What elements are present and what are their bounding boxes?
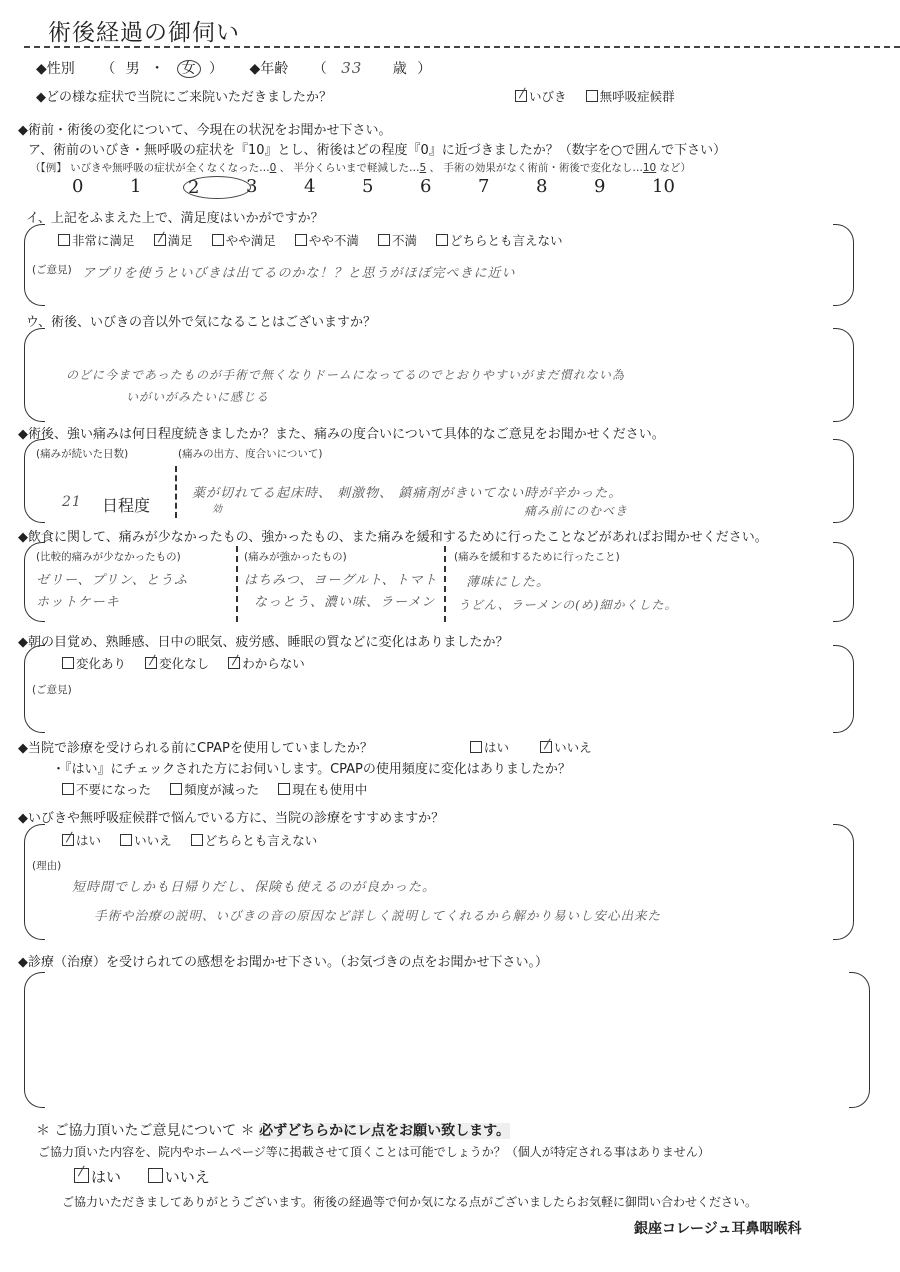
checkbox-icon[interactable] [191, 834, 203, 846]
cpap-options: はい いいえ [470, 737, 606, 756]
scale-9[interactable]: 9 [594, 176, 652, 199]
thanks-message: ご協力いただきましてありがとうございます。術後の経過等で何か気になる点がございま… [62, 1193, 757, 1210]
consent-options: はい いいえ [74, 1166, 224, 1187]
checkbox-checked-icon[interactable] [74, 1168, 89, 1183]
scale-4[interactable]: 4 [304, 176, 362, 199]
visit-reason-options: いびき 無呼吸症候群 [515, 86, 689, 105]
checkbox-icon[interactable] [212, 234, 224, 246]
pain-days-label: (痛みが続いた日数) [36, 446, 128, 461]
checkbox-icon[interactable] [170, 783, 182, 795]
option-consent-yes[interactable]: はい [74, 1166, 121, 1187]
scale-3[interactable]: 3 [246, 176, 304, 199]
checkbox-icon[interactable] [62, 783, 74, 795]
gender-option-male[interactable]: 男 [126, 61, 140, 77]
scale-5[interactable]: 5 [362, 176, 420, 199]
checkbox-checked-icon[interactable] [540, 741, 552, 753]
cpap-sub-options: 不要になった 頻度が減った 現在も使用中 [62, 779, 381, 798]
other-concerns-answer-2[interactable]: いがいがみたいに感じる [126, 388, 269, 405]
pain-days-unit: 日程度 [102, 493, 150, 516]
column-divider [175, 466, 177, 518]
checkbox-checked-icon[interactable] [145, 657, 157, 669]
pain-detail-label: (痛みの出方、度合いについて) [178, 446, 322, 461]
change-question: ◆術前・術後の変化について、今現在の状況をお聞かせ下さい。 [18, 119, 391, 138]
checkbox-icon[interactable] [295, 234, 307, 246]
scale-8[interactable]: 8 [536, 176, 594, 199]
gender-option-female[interactable]: 女 [177, 60, 201, 78]
age-value[interactable]: 33 [341, 59, 362, 77]
scale-2-selected[interactable]: 2 [183, 176, 251, 199]
sleep-options: 変化あり 変化なし わからない [62, 653, 319, 672]
pain-days-value[interactable]: 21 [62, 494, 82, 510]
option-recommend-neither[interactable]: どちらとも言えない [191, 831, 318, 849]
option-no-longer-needed[interactable]: 不要になった [62, 780, 151, 798]
scale-7[interactable]: 7 [478, 176, 536, 199]
option-snoring[interactable]: いびき [515, 87, 567, 105]
other-concerns-answer-1[interactable]: のどに今まであったものが手術で無くなりドームになってるのでとおりやすいがまだ慣れ… [66, 366, 625, 383]
food-col1-line2[interactable]: ホットケーキ [36, 591, 120, 610]
checkbox-icon[interactable] [586, 90, 598, 102]
checkbox-icon[interactable] [148, 1168, 163, 1183]
recommend-options: はい いいえ どちらとも言えない [62, 830, 331, 849]
impression-box[interactable] [24, 972, 870, 1108]
option-no-change[interactable]: 変化なし [145, 654, 209, 672]
option-cpap-yes[interactable]: はい [470, 738, 509, 756]
checkbox-checked-icon[interactable] [515, 90, 527, 102]
age-label: ◆年齢 [250, 61, 289, 77]
checkbox-checked-icon[interactable] [228, 657, 240, 669]
reason-label: (理由) [32, 858, 61, 873]
scale-0[interactable]: 0 [72, 176, 130, 199]
impression-question: ◆診療（治療）を受けられての感想をお聞かせ下さい。（お気づきの点をお聞かせ下さい… [18, 951, 548, 970]
checkbox-icon[interactable] [278, 783, 290, 795]
scale-6[interactable]: 6 [420, 176, 478, 199]
option-recommend-no[interactable]: いいえ [120, 831, 172, 849]
food-col2-label: (痛みが強かったもの) [244, 549, 347, 564]
severity-scale: 0 1 2 3 4 5 6 7 8 9 10 [72, 176, 710, 199]
satisfaction-options: 非常に満足 満足 やや満足 やや不満 不満 どちらとも言えない [58, 230, 577, 249]
checkbox-icon[interactable] [120, 834, 132, 846]
food-col3-line2[interactable]: うどん、ラーメンの(め)細かくした。 [458, 596, 678, 613]
checkbox-checked-icon[interactable] [62, 834, 74, 846]
checkbox-icon[interactable] [58, 234, 70, 246]
scale-1[interactable]: 1 [130, 176, 188, 199]
food-col1-line1[interactable]: ゼリー、プリン、とうふ [36, 569, 188, 588]
food-col2-line1[interactable]: はちみつ、ヨーグルト、トマト [244, 569, 438, 588]
option-changed[interactable]: 変化あり [62, 654, 126, 672]
gender-label: ◆性別 [36, 61, 75, 77]
food-col2-line2[interactable]: なっとう、濃い味、ラーメン [254, 591, 435, 610]
consent-heading: ＊ ご協力頂いたご意見について ＊ 必ずどちらかにレ点をお願い致します。 [36, 1120, 510, 1140]
food-col1-label: (比較的痛みが少なかったもの) [36, 549, 181, 564]
checkbox-icon[interactable] [62, 657, 74, 669]
food-col3-line1[interactable]: 薄味にした。 [466, 571, 550, 590]
sleep-opinion-label: (ご意見) [32, 682, 72, 697]
pain-detail-line1-note[interactable]: 効 [212, 500, 223, 515]
option-somewhat-satisfied[interactable]: やや満足 [212, 231, 276, 249]
cpap-sub-question: ・『はい』にチェックされた方にお伺いします。CPAPの使用頻度に変化はありました… [52, 758, 571, 777]
page-title: 術後経過の御伺い [48, 14, 240, 47]
option-somewhat-dissatisfied[interactable]: やや不満 [295, 231, 359, 249]
food-col3-label: (痛みを緩和するために行ったこと) [454, 549, 620, 564]
consent-question: ご協力頂いた内容を、院内やホームページ等に掲載させて頂くことは可能でしょうか？（… [38, 1143, 710, 1160]
scale-10[interactable]: 10 [652, 176, 710, 199]
title-divider [24, 46, 900, 48]
age-unit: 歳 [393, 61, 407, 77]
change-sub-question: ア、術前のいびき・無呼吸の症状を『10』とし、術後はどの程度『0』に近づきました… [28, 139, 726, 158]
option-apnea[interactable]: 無呼吸症候群 [586, 87, 675, 105]
pain-detail-line1[interactable]: 薬が切れてる起床時、 刺激物、 鎮痛剤がきいてない時が辛かった。 [192, 482, 622, 501]
option-very-satisfied[interactable]: 非常に満足 [58, 231, 135, 249]
option-dissatisfied[interactable]: 不満 [378, 231, 417, 249]
clinic-name: 銀座コレージュ耳鼻咽喉科 [634, 1218, 801, 1238]
option-still-using[interactable]: 現在も使用中 [278, 780, 367, 798]
scale-2[interactable]: 2 [188, 176, 246, 199]
recommend-reason-line1[interactable]: 短時間でしかも日帰りだし、保険も使えるのが良かった。 [72, 876, 436, 895]
visit-reason-question: ◆どの様な症状で当院にご来院いただきましたか？ [36, 86, 332, 105]
column-divider [444, 546, 446, 622]
option-satisfied[interactable]: 満足 [154, 231, 193, 249]
satisfaction-opinion-text[interactable]: アプリを使うといびきは出てるのかな！？と思うがほぼ完ぺきに近い [82, 262, 515, 281]
option-recommend-yes[interactable]: はい [62, 831, 101, 849]
recommend-reason-line2[interactable]: 手術や治療の説明、いびきの音の原因など詳しく説明してくれるから解かり易いし安心出… [94, 906, 661, 924]
option-neither[interactable]: どちらとも言えない [436, 231, 563, 249]
checkbox-icon[interactable] [378, 234, 390, 246]
column-divider [236, 546, 238, 622]
checkbox-checked-icon[interactable] [154, 234, 166, 246]
change-example: （【例】 いびきや無呼吸の症状が全くなくなった…0 、 半分くらいまで軽減した…… [30, 160, 691, 175]
checkbox-icon[interactable] [470, 741, 482, 753]
option-cpap-no[interactable]: いいえ [540, 738, 592, 756]
option-consent-no[interactable]: いいえ [148, 1166, 210, 1187]
consent-required-note: 必ずどちらかにレ点をお願い致します。 [259, 1123, 510, 1139]
opinion-label: (ご意見) [32, 262, 72, 277]
basic-info-row: ◆性別 （ 男 ・ 女 ） ◆年齢 （ 33 歳 ） [36, 58, 431, 78]
option-unknown[interactable]: わからない [228, 654, 305, 672]
checkbox-icon[interactable] [436, 234, 448, 246]
cpap-question: ◆当院で診療を受けられる前にCPAPを使用していましたか？ [18, 737, 373, 756]
option-less-frequent[interactable]: 頻度が減った [170, 780, 259, 798]
pain-detail-line2[interactable]: 痛み前にのむべき [524, 502, 628, 519]
